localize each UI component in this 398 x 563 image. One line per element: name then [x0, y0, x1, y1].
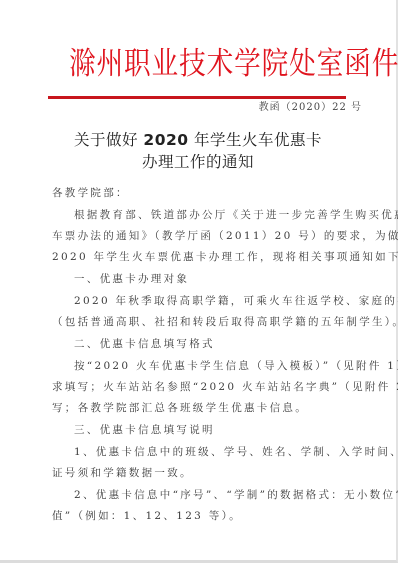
red-divider-rule [48, 96, 346, 99]
masthead-title: 滁州职业技术学院处室函件 [69, 42, 327, 86]
paragraph-line: 根据教育部、铁道部办公厅《关于进一步完善学生购买优惠火 [74, 208, 398, 222]
title-suffix: 年学生火车优惠卡 [189, 131, 322, 149]
paragraph-line: 按“2020 火车优惠卡学生信息（导入模板）”（见附件 1）要 [74, 359, 398, 373]
title-year: 2020 [143, 131, 188, 149]
paragraph-line: 1、优惠卡信息中的班级、学号、姓名、学制、入学时间、身份 [74, 445, 398, 459]
notice-title-line-2: 办理工作的通知 [0, 152, 396, 172]
notice-title-line-1: 关于做好 2020 年学生火车优惠卡 [0, 130, 396, 150]
section-heading-3: 三、优惠卡信息填写说明 [74, 423, 215, 437]
section-heading-2: 二、优惠卡信息填写格式 [74, 337, 215, 351]
paragraph-line: 2020 年秋季取得高职学籍，可乘火车往返学校、家庭的在校生 [74, 294, 398, 308]
document-page: 滁州职业技术学院处室函件 教函（2020）22 号 关于做好 2020 年学生火… [0, 0, 398, 563]
title-prefix: 关于做好 [74, 131, 143, 149]
paragraph-line: 值”（例如：1、12、123 等）。 [52, 509, 242, 523]
paragraph-line: 求填写；火车站站名参照“2020 火车站站名字典”（见附件 2）填 [52, 380, 398, 394]
paragraph-line: （包括普通高职、社招和转段后取得高职学籍的五年制学生）。 [52, 315, 398, 329]
paragraph-line: 2020 年学生火车票优惠卡办理工作，现将相关事项通知如下： [52, 250, 398, 264]
section-heading-1: 一、优惠卡办理对象 [74, 272, 189, 286]
paragraph-line: 证号须和学籍数据一致。 [52, 466, 193, 480]
paragraph-line: 车票办法的通知》（教学厅函（2011）20 号）的要求，为做好我校 [52, 229, 398, 243]
document-number: 教函（2020）22 号 [259, 101, 362, 115]
salutation: 各教学院部： [52, 186, 129, 200]
paragraph-line: 2、优惠卡信息中“序号”、“学制”的数据格式：无小数位“数 [74, 488, 398, 502]
paragraph-line: 写；各教学院部汇总各班级学生优惠卡信息。 [52, 401, 308, 415]
